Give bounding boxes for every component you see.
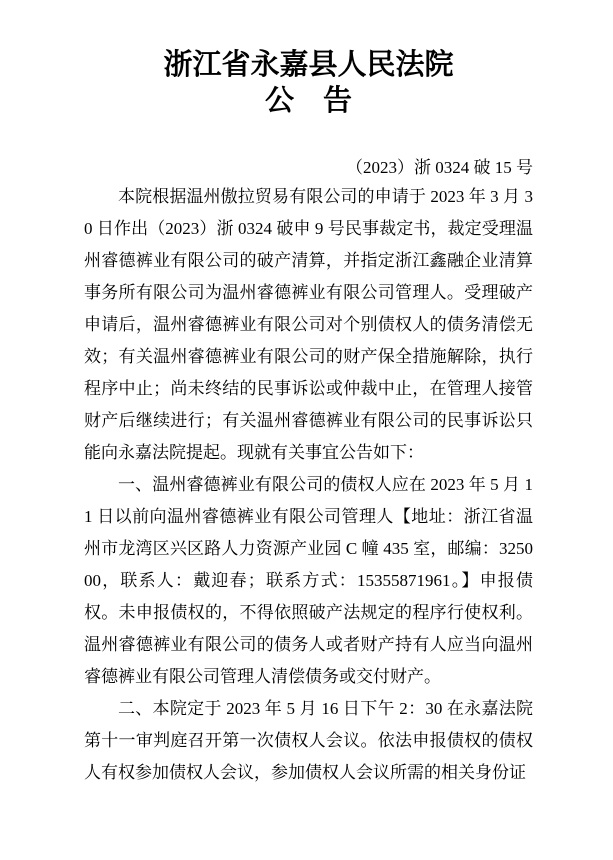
case-number: （2023）浙 0324 破 15 号	[84, 157, 533, 178]
document-page: 浙江省永嘉县人民法院 公 告 （2023）浙 0324 破 15 号 本院根据温…	[0, 0, 613, 860]
paragraph-item-1-claim-declaration: 一、温州睿德裤业有限公司的债权人应在 2023 年 5 月 11 日以前向温州睿…	[84, 469, 533, 693]
paragraph-item-2-creditors-meeting: 二、本院定于 2023 年 5 月 16 日下午 2：30 在永嘉法院第十一审判…	[84, 693, 533, 789]
document-body: 本院根据温州傲拉贸易有限公司的申请于 2023 年 3 月 30 日作出（202…	[84, 181, 533, 789]
court-name: 浙江省永嘉县人民法院	[84, 46, 533, 84]
announcement-title: 公 告	[84, 84, 533, 118]
paragraph-intro: 本院根据温州傲拉贸易有限公司的申请于 2023 年 3 月 30 日作出（202…	[84, 181, 533, 469]
